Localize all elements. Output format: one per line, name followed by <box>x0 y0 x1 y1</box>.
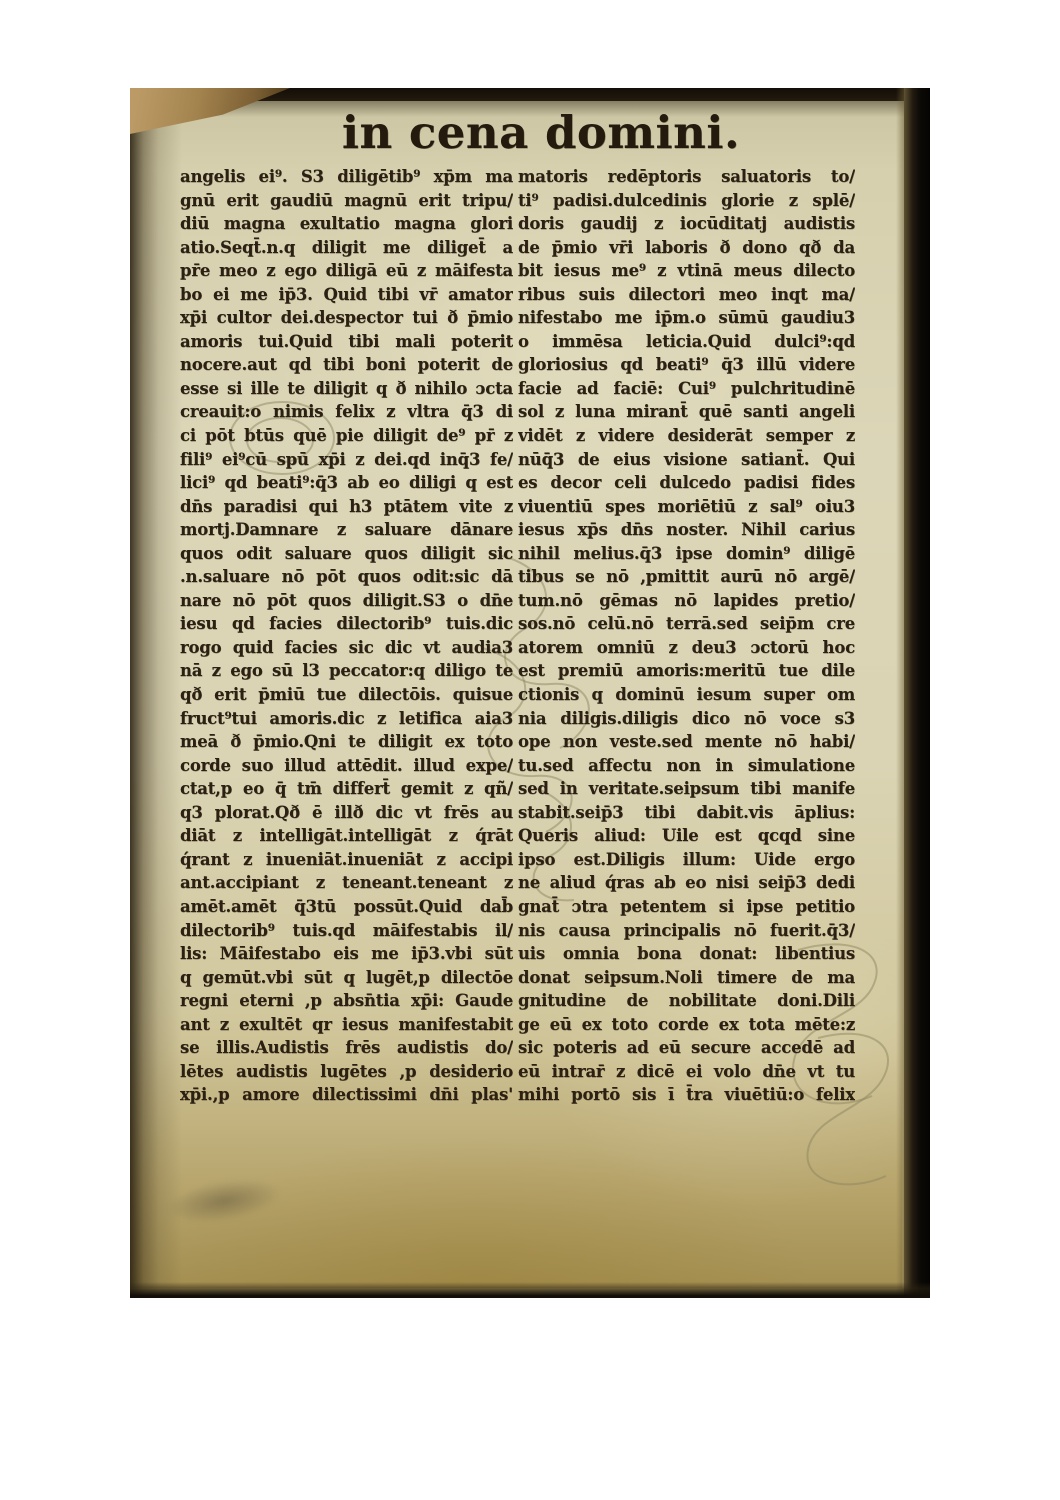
scanned-book-photo-page: { "document": { "kind": "incunabulum-pag… <box>0 0 1060 1500</box>
text-line: dilectorib⁹ tuis.qd māifestabis il/ <box>180 919 513 943</box>
text-line: q gemūt.vbi sūt q lugēt,p dilectōe <box>180 966 513 990</box>
text-line: sic poteris ad eū secure accedē ad <box>518 1036 855 1060</box>
text-line: nare nō pōt quos diligit.S3 o dn̄e <box>180 589 513 613</box>
text-line: meā ð p̄mio.Qni te diligit ex toto <box>180 730 513 754</box>
text-line: bit iesus me⁹ z vtinā meus dilecto <box>518 259 855 283</box>
text-line: sos.nō celū.nō terrā.sed seip̄m cre <box>518 612 855 636</box>
text-line: se illis.Audistis frēs audistis do/ <box>180 1036 513 1060</box>
text-line: tu.sed affectu non in simulatione <box>518 754 855 778</box>
text-line: tum.nō gēmas nō lapides pretio/ <box>518 589 855 613</box>
text-line: ope non veste.sed mente nō habi/ <box>518 730 855 754</box>
text-line: gnat̄ ɔtra petentem si ipse petitio <box>518 895 855 919</box>
text-line: iesus xp̄s dn̄s noster. Nihil carius <box>518 518 855 542</box>
text-line: matoris redēptoris saluatoris to/ <box>518 165 855 189</box>
text-line: iesu qd facies dilectorib⁹ tuis.dic <box>180 612 513 636</box>
text-line: .n.saluare nō pōt quos odit:sic dā <box>180 565 513 589</box>
text-line: mortj.Damnare z saluare dānare <box>180 518 513 542</box>
running-title: in cena domini. <box>130 106 930 159</box>
text-line: sed in veritate.seipsum tibi manife <box>518 777 855 801</box>
text-column-left: angelis ei⁹. S3 diligētib⁹ xp̄m magnū er… <box>180 165 513 1107</box>
text-line: ctat,p eo q̄ tm̄ differt̄ gemit z qñ/ <box>180 777 513 801</box>
text-line: nā z ego sū l3 peccator:q diligo te <box>180 659 513 683</box>
text-column-right: matoris redēptoris saluatoris to/ti⁹ pad… <box>518 165 855 1107</box>
text-line: nūq̄3 de eius visione satiant̄. Qui <box>518 448 855 472</box>
binding-edge-right <box>904 88 930 1298</box>
text-line: q́rant z inueniāt.inueniāt z accipi <box>180 848 513 872</box>
text-line: pr̄e meo z ego diligā eū z māifesta <box>180 259 513 283</box>
text-line: dn̄s paradisi qui h3 ptātem vite z <box>180 495 513 519</box>
text-line: q3 plorat.Qð ē illð dic vt frēs au <box>180 801 513 825</box>
text-line: vidēt z videre desiderāt semper z <box>518 424 855 448</box>
gutter-shadow <box>130 88 182 1298</box>
text-line: eū intrar̄ z dicē ei volo dn̄e vt tu <box>518 1060 855 1084</box>
text-line: amoris tui.Quid tibi mali poterit <box>180 330 513 354</box>
text-line: mihi portō sis ī t̄ra viuētiū:o felix <box>518 1083 855 1107</box>
text-line: xp̄i cultor dei.despector tui ð p̄mio <box>180 306 513 330</box>
text-line: angelis ei⁹. S3 diligētib⁹ xp̄m ma <box>180 165 513 189</box>
text-line: ipso est.Diligis illum: Uide ergo <box>518 848 855 872</box>
text-line: gnū erit gaudiū magnū erit tripu/ <box>180 189 513 213</box>
text-line: esse si ille te diligit q ð nihilo ɔcta <box>180 377 513 401</box>
text-line: atio.Seqt̄.n.q diligit me diliget̄ a <box>180 236 513 260</box>
text-line: rogo quid facies sic dic vt audia3 <box>180 636 513 660</box>
text-line: viuentiū spes moriētiū z sal⁹ oiu3 <box>518 495 855 519</box>
text-line: ti⁹ padisi.dulcedinis glorie z splē/ <box>518 189 855 213</box>
text-line: quos odit saluare quos diligit sic <box>180 542 513 566</box>
text-line: fruct⁹tui amoris.dic z letifica aia3 <box>180 707 513 731</box>
text-line: donat seipsum.Noli timere de ma <box>518 966 855 990</box>
text-line: uis omnia bona donat: libentius <box>518 942 855 966</box>
text-line: nocere.aut qd tibi boni poterit de <box>180 353 513 377</box>
text-line: regni eterni ,p absn̄tia xp̄i: Gaude <box>180 989 513 1013</box>
text-line: ant.accipiant z teneant.teneant z <box>180 871 513 895</box>
text-line: ant z exultēt qr iesus manifestabit <box>180 1013 513 1037</box>
text-line: nia diligis.diligis dico nō voce s3 <box>518 707 855 731</box>
text-line: Queris aliud: Uile est qcqd sine <box>518 824 855 848</box>
text-line: lici⁹ qd beati⁹:q̄3 ab eo diligi q est <box>180 471 513 495</box>
text-line: corde suo illud attēdit. illud expe/ <box>180 754 513 778</box>
text-line: est premiū amoris:meritū tue dile <box>518 659 855 683</box>
text-line: diāt z intelligāt.intelligāt z q́rāt <box>180 824 513 848</box>
text-line: gloriosius qd beati⁹ q̄3 illū videre <box>518 353 855 377</box>
text-line: amēt.amēt q̄3tū possūt.Quid dab̄ <box>180 895 513 919</box>
text-line: es decor celi dulcedo padisi fides <box>518 471 855 495</box>
text-line: ctionis q dominū iesum super om <box>518 683 855 707</box>
text-line: gnitudine de nobilitate doni.Dili <box>518 989 855 1013</box>
text-line: xp̄i.,p amore dilectissimi dn̄i plas' <box>180 1083 513 1107</box>
text-line: nifestabo me ip̄m.o sūmū gaudiu3 <box>518 306 855 330</box>
text-line: fili⁹ ei⁹cū spū xp̄i z dei.qd inq̄3 fe/ <box>180 448 513 472</box>
text-line: atorem omniū z deu3 ɔctorū hoc <box>518 636 855 660</box>
page-fore-edge <box>896 88 904 1298</box>
text-line: ne aliud q́ras ab eo nisi seip̄3 dedi <box>518 871 855 895</box>
text-line: sol z luna mirant̄ quē santi angeli <box>518 400 855 424</box>
text-line: facie ad faciē: Cui⁹ pulchritudinē <box>518 377 855 401</box>
text-line: qð erit p̄miū tue dilectōis. quisue <box>180 683 513 707</box>
text-line: stabit.seip̄3 tibi dabit.vis āplius: <box>518 801 855 825</box>
book-photo: in cena domini. angelis ei⁹. S3 diligēti… <box>130 88 930 1298</box>
binding-edge-bottom <box>130 1282 930 1298</box>
text-line: lis: Māifestabo eis me ip̄3.vbi sūt <box>180 942 513 966</box>
text-line: de p̄mio vr̄i laboris ð dono qð da <box>518 236 855 260</box>
text-line: o immēsa leticia.Quid dulci⁹:qd <box>518 330 855 354</box>
text-line: creauit:o nimis felix z vltra q̄3 di <box>180 400 513 424</box>
text-line: bo ei me ip̄3. Quid tibi vr̄ amator <box>180 283 513 307</box>
text-line: ribus suis dilectori meo inqt ma/ <box>518 283 855 307</box>
text-line: ci pōt btūs quē pie diligit de⁹ pr̄ z <box>180 424 513 448</box>
text-line: nihil melius.q̄3 ipse domin⁹ diligē <box>518 542 855 566</box>
text-line: diū magna exultatio magna glori <box>180 212 513 236</box>
text-line: lētes audistis lugētes ,p desiderio <box>180 1060 513 1084</box>
text-line: tibus se nō ,pmittit aurū nō argē/ <box>518 565 855 589</box>
text-line: doris gaudij z iocūditatj audistis <box>518 212 855 236</box>
text-line: ge eū ex toto corde ex tota mēte:z <box>518 1013 855 1037</box>
text-line: nis causa principalis nō fuerit.q̄3/ <box>518 919 855 943</box>
